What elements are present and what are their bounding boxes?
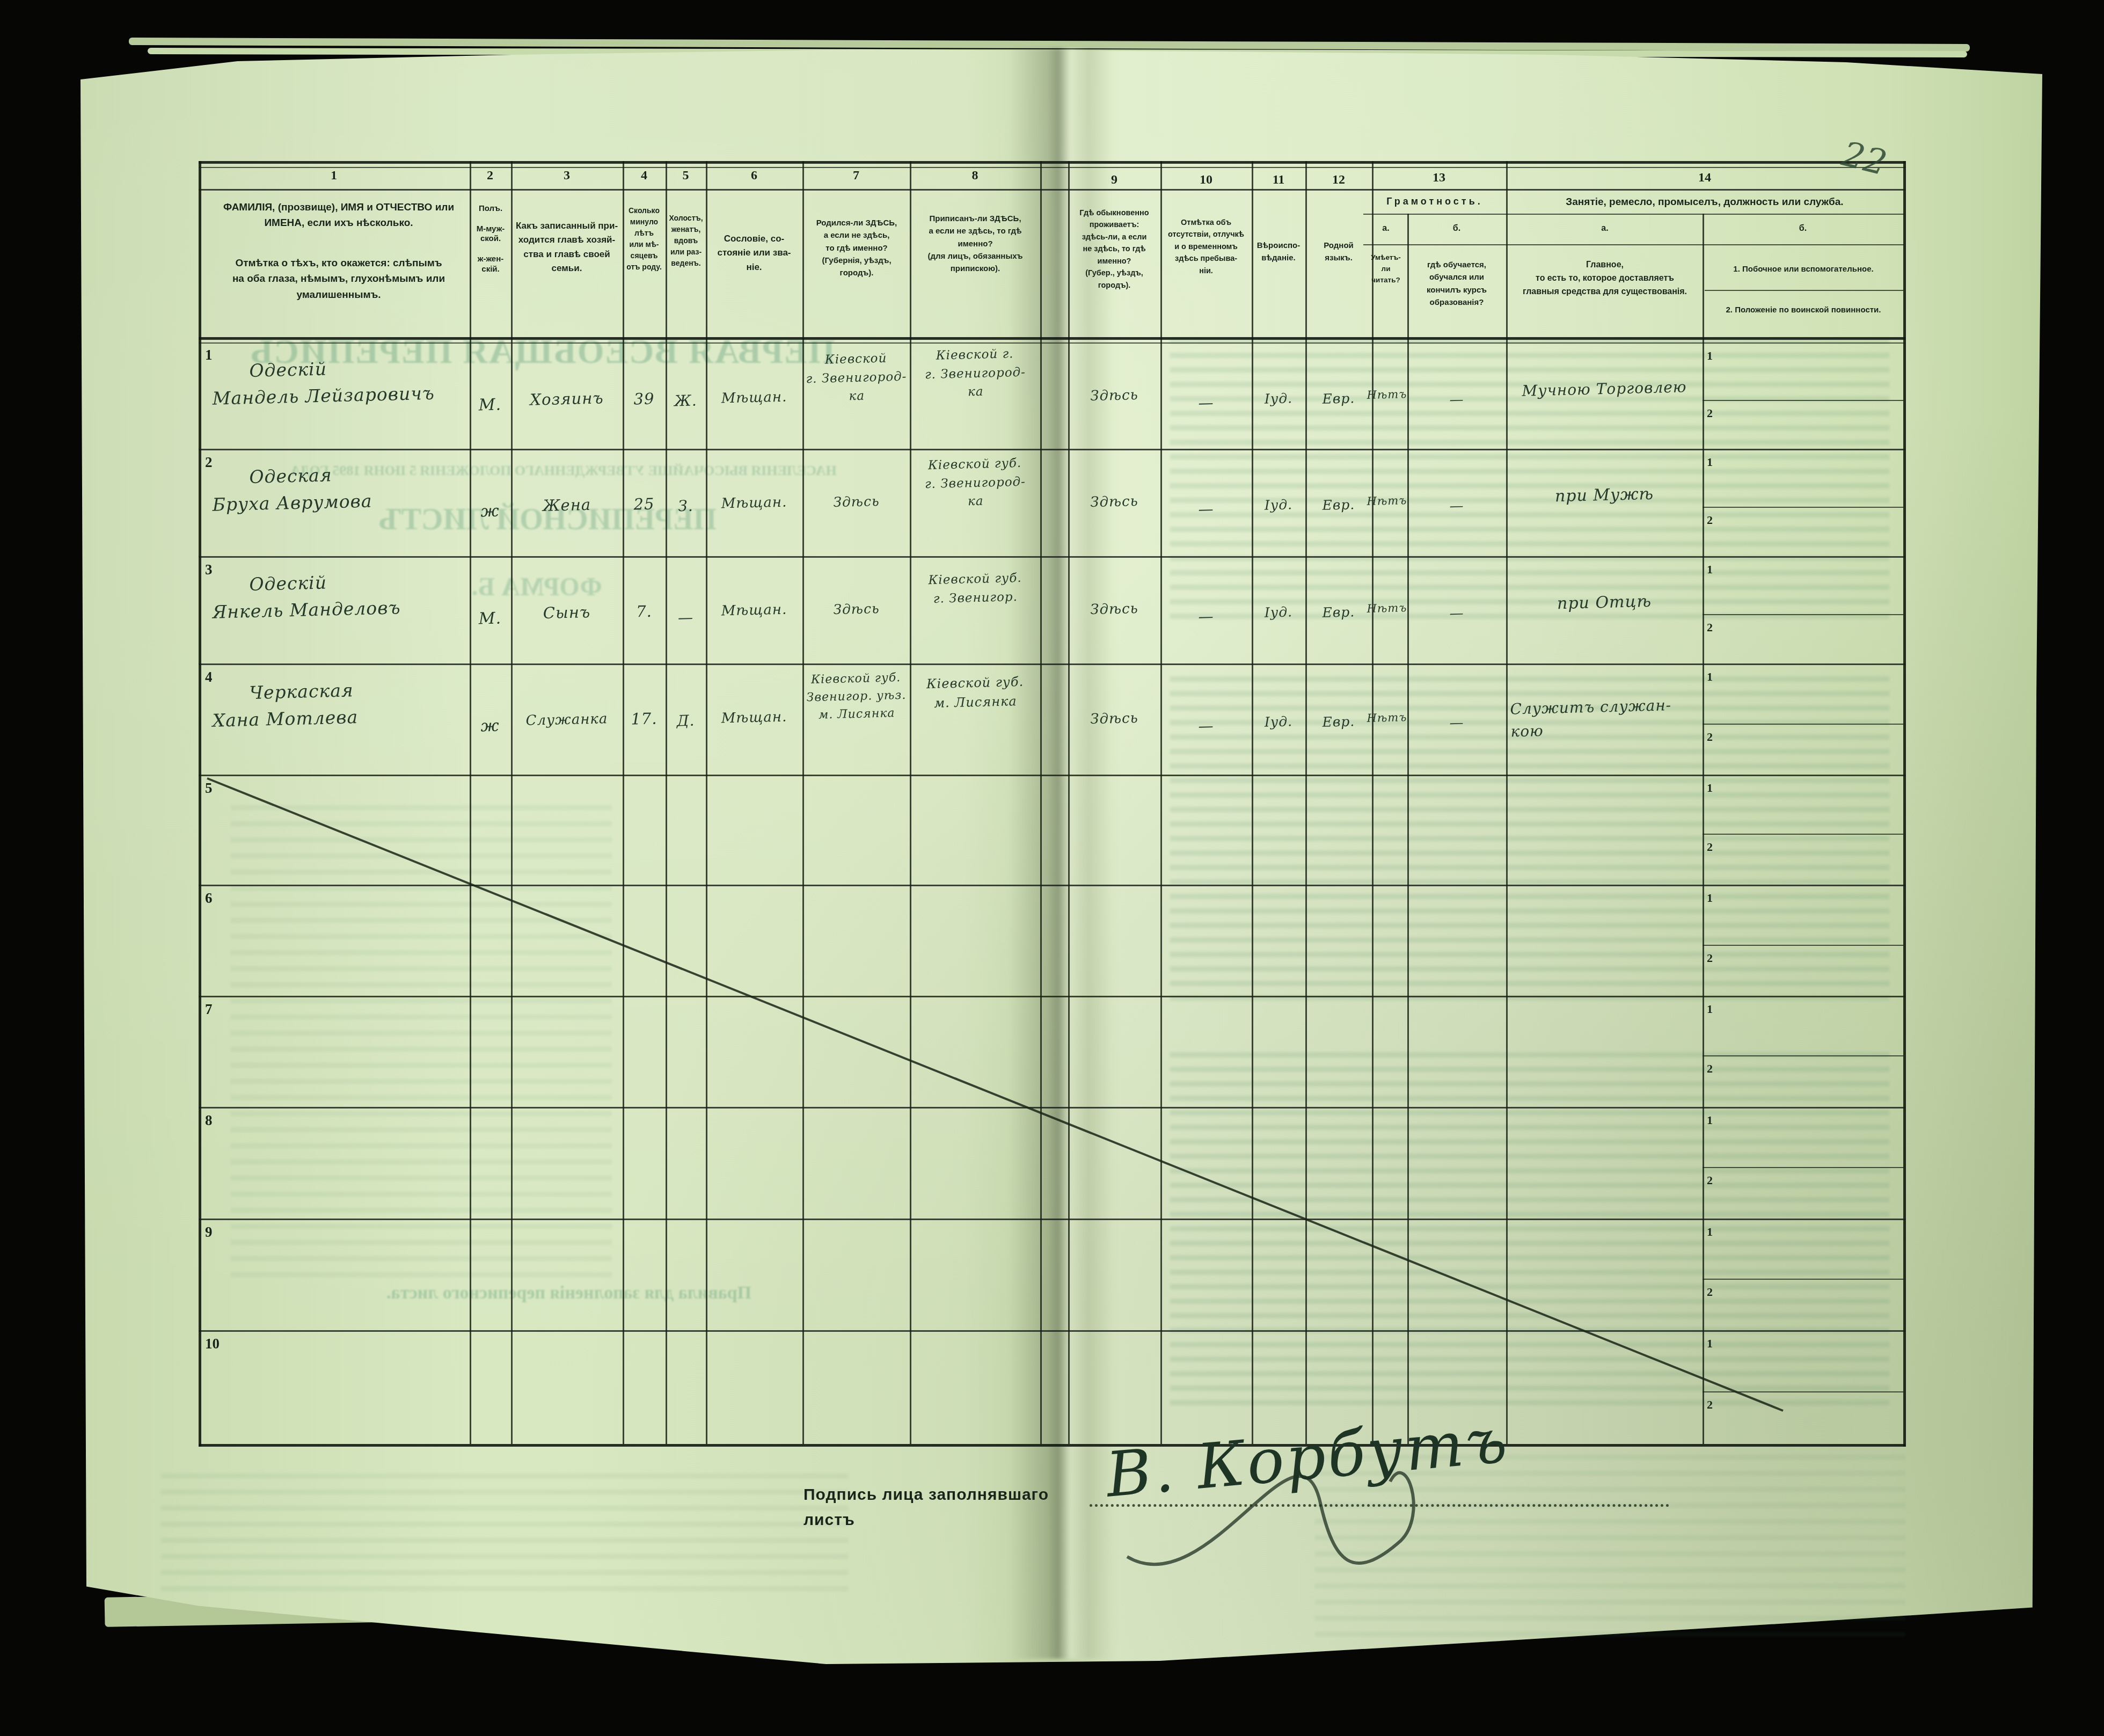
entry-marital: — bbox=[666, 606, 705, 630]
header-occupation-b-label: б. bbox=[1704, 222, 1902, 236]
header-occupation-side: 1. Побочное или вспомогательное. bbox=[1709, 263, 1898, 275]
grid-hline bbox=[1703, 724, 1903, 725]
grid-vline bbox=[1903, 161, 1906, 1447]
col-number-10: 10 bbox=[1161, 173, 1251, 187]
row-number: 6 bbox=[205, 890, 237, 907]
signature-label: Подпись лица заполнявшаго листъ bbox=[803, 1483, 1093, 1533]
entry-residence: Здѣсь bbox=[1069, 384, 1160, 407]
grid-hline bbox=[1363, 214, 1904, 215]
entry-relation: Хозяинъ bbox=[512, 386, 622, 412]
header-occupation-main: Главное, то есть то, которое доставляетъ… bbox=[1519, 259, 1691, 298]
grid-hline bbox=[1703, 1391, 1903, 1392]
subcell-label: 2 bbox=[1707, 1285, 1723, 1299]
grid-vline bbox=[199, 161, 201, 1447]
header-absence-column: Отмѣтка объ отсутствіи, отлучкѣ и о врем… bbox=[1163, 217, 1250, 277]
entry-religion: Іуд. bbox=[1253, 602, 1305, 623]
header-estate-column: Сословіе, со- стояніе или зва- ніе. bbox=[707, 232, 801, 274]
grid-hline bbox=[199, 337, 1905, 340]
grid-hline bbox=[199, 885, 1905, 886]
entry-name: Черкаская Хана Мотлева bbox=[211, 674, 465, 733]
entry-relation: Служанка bbox=[512, 709, 622, 732]
subcell-label: 1 bbox=[1707, 891, 1723, 905]
grid-vline bbox=[470, 161, 471, 1444]
row-number: 5 bbox=[205, 780, 237, 797]
entry-literacy-school: — bbox=[1408, 602, 1506, 625]
subcell-label: 1 bbox=[1707, 1337, 1723, 1351]
row-number: 9 bbox=[205, 1224, 237, 1241]
header-literacy-group: Грамотность. bbox=[1363, 194, 1506, 209]
entry-language: Евр. bbox=[1306, 602, 1371, 623]
entry-age: 7. bbox=[623, 600, 664, 624]
entry-literacy-school: — bbox=[1408, 495, 1506, 518]
entry-relation: Сынъ bbox=[512, 600, 622, 626]
grid-vline bbox=[511, 161, 513, 1444]
header-language-column: Родной языкъ. bbox=[1307, 239, 1370, 265]
subcell-label: 2 bbox=[1707, 513, 1723, 527]
col-number-5: 5 bbox=[667, 169, 705, 183]
header-registration-column: Приписанъ-ли ЗДѢСЬ, а если не здѣсь, то … bbox=[912, 213, 1038, 275]
grid-hline bbox=[199, 1444, 1905, 1447]
header-name-column-note: Отмѣтка о тѣхъ, кто окажется: слѣпымъ на… bbox=[210, 256, 467, 303]
grid-hline bbox=[1703, 1279, 1903, 1280]
subcell-label: 2 bbox=[1707, 621, 1723, 634]
grid-vline bbox=[706, 161, 707, 1444]
header-occupation-military: 2. Положеніе по воинской повинности. bbox=[1709, 304, 1898, 316]
header-literacy-read: Умѣетъ- ли читать? bbox=[1365, 252, 1406, 286]
subcell-label: 1 bbox=[1707, 349, 1723, 363]
entry-estate: Мѣщан. bbox=[707, 492, 802, 515]
entry-absence: — bbox=[1161, 391, 1251, 415]
grid-vline bbox=[1040, 161, 1042, 1444]
entry-name: Одеская Бруха Аврумова bbox=[211, 458, 465, 517]
entry-sex: М. bbox=[470, 606, 510, 631]
entry-absence: — bbox=[1161, 497, 1251, 522]
header-occupation-a-label: а. bbox=[1508, 222, 1701, 236]
entry-occupation: Мучною Торговлею bbox=[1508, 376, 1701, 403]
col-number-7: 7 bbox=[803, 169, 909, 183]
entry-registration: Кіевской губ. г. Звенигород- ка bbox=[911, 454, 1040, 512]
entry-name: Одескій Мандель Лейзаровичъ bbox=[211, 352, 465, 411]
grid-hline bbox=[1703, 400, 1903, 401]
entry-estate: Мѣщан. bbox=[707, 706, 802, 730]
col-number-12: 12 bbox=[1306, 173, 1371, 187]
header-sex-column: Полъ. М-муж- ской. ж-жен- скій. bbox=[471, 204, 510, 274]
entry-literacy-school: — bbox=[1408, 712, 1506, 735]
grid-hline bbox=[1705, 290, 1903, 291]
header-literacy-school: гдѣ обучается, обучался или кончилъ курс… bbox=[1409, 259, 1504, 309]
subcell-label: 1 bbox=[1707, 1113, 1723, 1127]
header-marital-column: Холостъ, женатъ, вдовъ или раз- веденъ. bbox=[667, 213, 705, 269]
header-occupation-group: Занятіе, ремесло, промыселъ, должность и… bbox=[1508, 194, 1901, 210]
header-name-column: ФАМИЛІЯ, (прозвище), ИМЯ и ОТЧЕСТВО или … bbox=[210, 200, 467, 231]
entry-birthplace: Кіевской губ. Звенигор. уѣз. м. Лисянка bbox=[803, 669, 909, 725]
entry-language: Евр. bbox=[1306, 388, 1371, 410]
entry-religion: Іуд. bbox=[1253, 711, 1305, 733]
header-literacy-a-label: а. bbox=[1365, 222, 1406, 236]
grid-vline bbox=[1305, 161, 1307, 1444]
entry-age: 39 bbox=[623, 387, 664, 411]
entry-absence: — bbox=[1161, 604, 1251, 629]
bleedthrough-text-block bbox=[231, 805, 612, 1278]
grid-hline bbox=[199, 189, 1905, 191]
subcell-label: 2 bbox=[1707, 1173, 1723, 1187]
entry-literacy: Нѣтъ bbox=[1365, 386, 1409, 404]
col-number-9: 9 bbox=[1069, 173, 1159, 187]
entry-registration: Кіевской губ. г. Звенигор. bbox=[911, 568, 1040, 609]
entry-religion: Іуд. bbox=[1253, 388, 1305, 410]
grid-vline bbox=[1252, 161, 1253, 1444]
col-number-11: 11 bbox=[1253, 173, 1304, 187]
grid-hline bbox=[1703, 614, 1903, 615]
col-number-2: 2 bbox=[470, 169, 510, 183]
grid-hline bbox=[1703, 507, 1903, 508]
row-number: 7 bbox=[205, 1001, 237, 1018]
col-number-8: 8 bbox=[911, 169, 1039, 183]
entry-literacy: Нѣтъ bbox=[1365, 709, 1409, 727]
header-residence-column: Гдѣ обыкновенно проживаетъ: здѣсь-ли, а … bbox=[1070, 207, 1158, 291]
bleedthrough-text-block bbox=[1170, 1052, 1889, 1406]
grid-hline bbox=[1703, 834, 1903, 835]
grid-vline bbox=[1068, 161, 1070, 1444]
grid-vline bbox=[1372, 161, 1374, 1444]
entry-age: 17. bbox=[623, 707, 664, 731]
grid-hline bbox=[199, 996, 1905, 997]
entry-literacy-school: — bbox=[1408, 389, 1506, 412]
entry-registration: Кіевской г. г. Звенигород- ка bbox=[911, 344, 1040, 403]
entry-occupation: Служитъ служан- кою bbox=[1510, 694, 1703, 743]
col-number-4: 4 bbox=[624, 169, 664, 183]
grid-hline bbox=[199, 1330, 1905, 1332]
entry-absence: — bbox=[1161, 714, 1251, 739]
entry-estate: Мѣщан. bbox=[707, 599, 802, 622]
subcell-label: 2 bbox=[1707, 406, 1723, 420]
subcell-label: 1 bbox=[1707, 781, 1723, 795]
bleedthrough-rules-heading: Правила для заполненія переписного листа… bbox=[279, 1283, 859, 1303]
subcell-label: 2 bbox=[1707, 730, 1723, 744]
entry-marital: Д. bbox=[666, 709, 705, 733]
entry-name: Одескій Янкель Манделовъ bbox=[211, 566, 465, 625]
entry-relation: Жена bbox=[512, 493, 622, 519]
grid-vline bbox=[1160, 161, 1162, 1444]
entry-birthplace: Здѣсь bbox=[804, 491, 909, 513]
grid-hline bbox=[1703, 1055, 1903, 1056]
subcell-label: 2 bbox=[1707, 951, 1723, 965]
subcell-label: 1 bbox=[1707, 1225, 1723, 1239]
grid-hline bbox=[1363, 244, 1904, 245]
grid-hline bbox=[199, 556, 1905, 558]
entry-sex: М. bbox=[470, 392, 510, 418]
grid-hline bbox=[199, 167, 1905, 168]
grid-vline bbox=[1703, 214, 1704, 1444]
subcell-label: 1 bbox=[1707, 455, 1723, 469]
entry-language: Евр. bbox=[1306, 711, 1371, 733]
entry-registration: Кіевской губ. м. Лисянка bbox=[911, 672, 1040, 713]
header-literacy-b-label: б. bbox=[1408, 222, 1505, 236]
entry-sex: ж bbox=[470, 713, 510, 739]
subcell-label: 2 bbox=[1707, 840, 1723, 854]
grid-vline bbox=[623, 161, 624, 1444]
entry-age: 25 bbox=[623, 492, 664, 516]
grid-hline bbox=[199, 1107, 1905, 1108]
grid-hline bbox=[1703, 945, 1903, 946]
entry-occupation: при Отцѣ bbox=[1508, 588, 1701, 617]
bleedthrough-text-block bbox=[161, 1474, 848, 1600]
grid-hline bbox=[199, 449, 1905, 450]
entry-birthplace: Здѣсь bbox=[804, 598, 909, 621]
entry-literacy: Нѣтъ bbox=[1365, 492, 1409, 510]
header-birthplace-column: Родился-ли ЗДѢСЬ, а если не здѣсь, то гд… bbox=[805, 217, 908, 279]
entry-sex: ж bbox=[470, 499, 510, 524]
subcell-label: 2 bbox=[1707, 1398, 1723, 1412]
col-number-6: 6 bbox=[707, 169, 801, 183]
row-number: 8 bbox=[205, 1112, 237, 1129]
grid-vline bbox=[1506, 161, 1508, 1444]
entry-religion: Іуд. bbox=[1253, 494, 1305, 516]
entry-literacy: Нѣтъ bbox=[1365, 600, 1409, 617]
grid-hline bbox=[1703, 1167, 1903, 1168]
subcell-label: 1 bbox=[1707, 670, 1723, 684]
entry-marital: Ж. bbox=[666, 389, 705, 413]
grid-hline bbox=[199, 342, 1905, 344]
entry-language: Евр. bbox=[1306, 494, 1371, 516]
grid-hline bbox=[199, 663, 1905, 665]
row-number: 10 bbox=[205, 1336, 243, 1352]
header-relation-column: Какъ записанный при- ходится главѣ хозяй… bbox=[513, 219, 620, 275]
col-number-3: 3 bbox=[512, 169, 622, 183]
col-number-13: 13 bbox=[1373, 171, 1505, 185]
subcell-label: 2 bbox=[1707, 1062, 1723, 1076]
entry-residence: Здѣсь bbox=[1069, 598, 1160, 621]
grid-hline bbox=[199, 161, 1905, 164]
col-number-1: 1 bbox=[200, 169, 468, 183]
grid-vline bbox=[666, 161, 667, 1444]
scanner-background: ПЕРВАЯ ВСЕОБЩАЯ ПЕРЕПИСЬ НАСЕЛЕНІЯ ВЫСОЧ… bbox=[0, 0, 2104, 1736]
entry-residence: Здѣсь bbox=[1069, 491, 1160, 514]
header-age-column: Сколько минуло лѣтъ или мѣ- сяцевъ отъ р… bbox=[624, 205, 664, 273]
grid-hline bbox=[199, 775, 1905, 776]
subcell-label: 1 bbox=[1707, 1002, 1723, 1016]
entry-birthplace: Кіевской г. Звенигород- ка bbox=[803, 349, 909, 407]
entry-occupation: при Мужѣ bbox=[1508, 481, 1701, 510]
entry-marital: З. bbox=[666, 494, 705, 518]
entry-estate: Мѣщан. bbox=[707, 386, 802, 410]
entry-residence: Здѣсь bbox=[1069, 707, 1160, 731]
subcell-label: 1 bbox=[1707, 563, 1723, 577]
header-religion-column: Вѣроиспо- вѣданіе. bbox=[1254, 239, 1303, 265]
grid-hline bbox=[199, 1219, 1905, 1220]
